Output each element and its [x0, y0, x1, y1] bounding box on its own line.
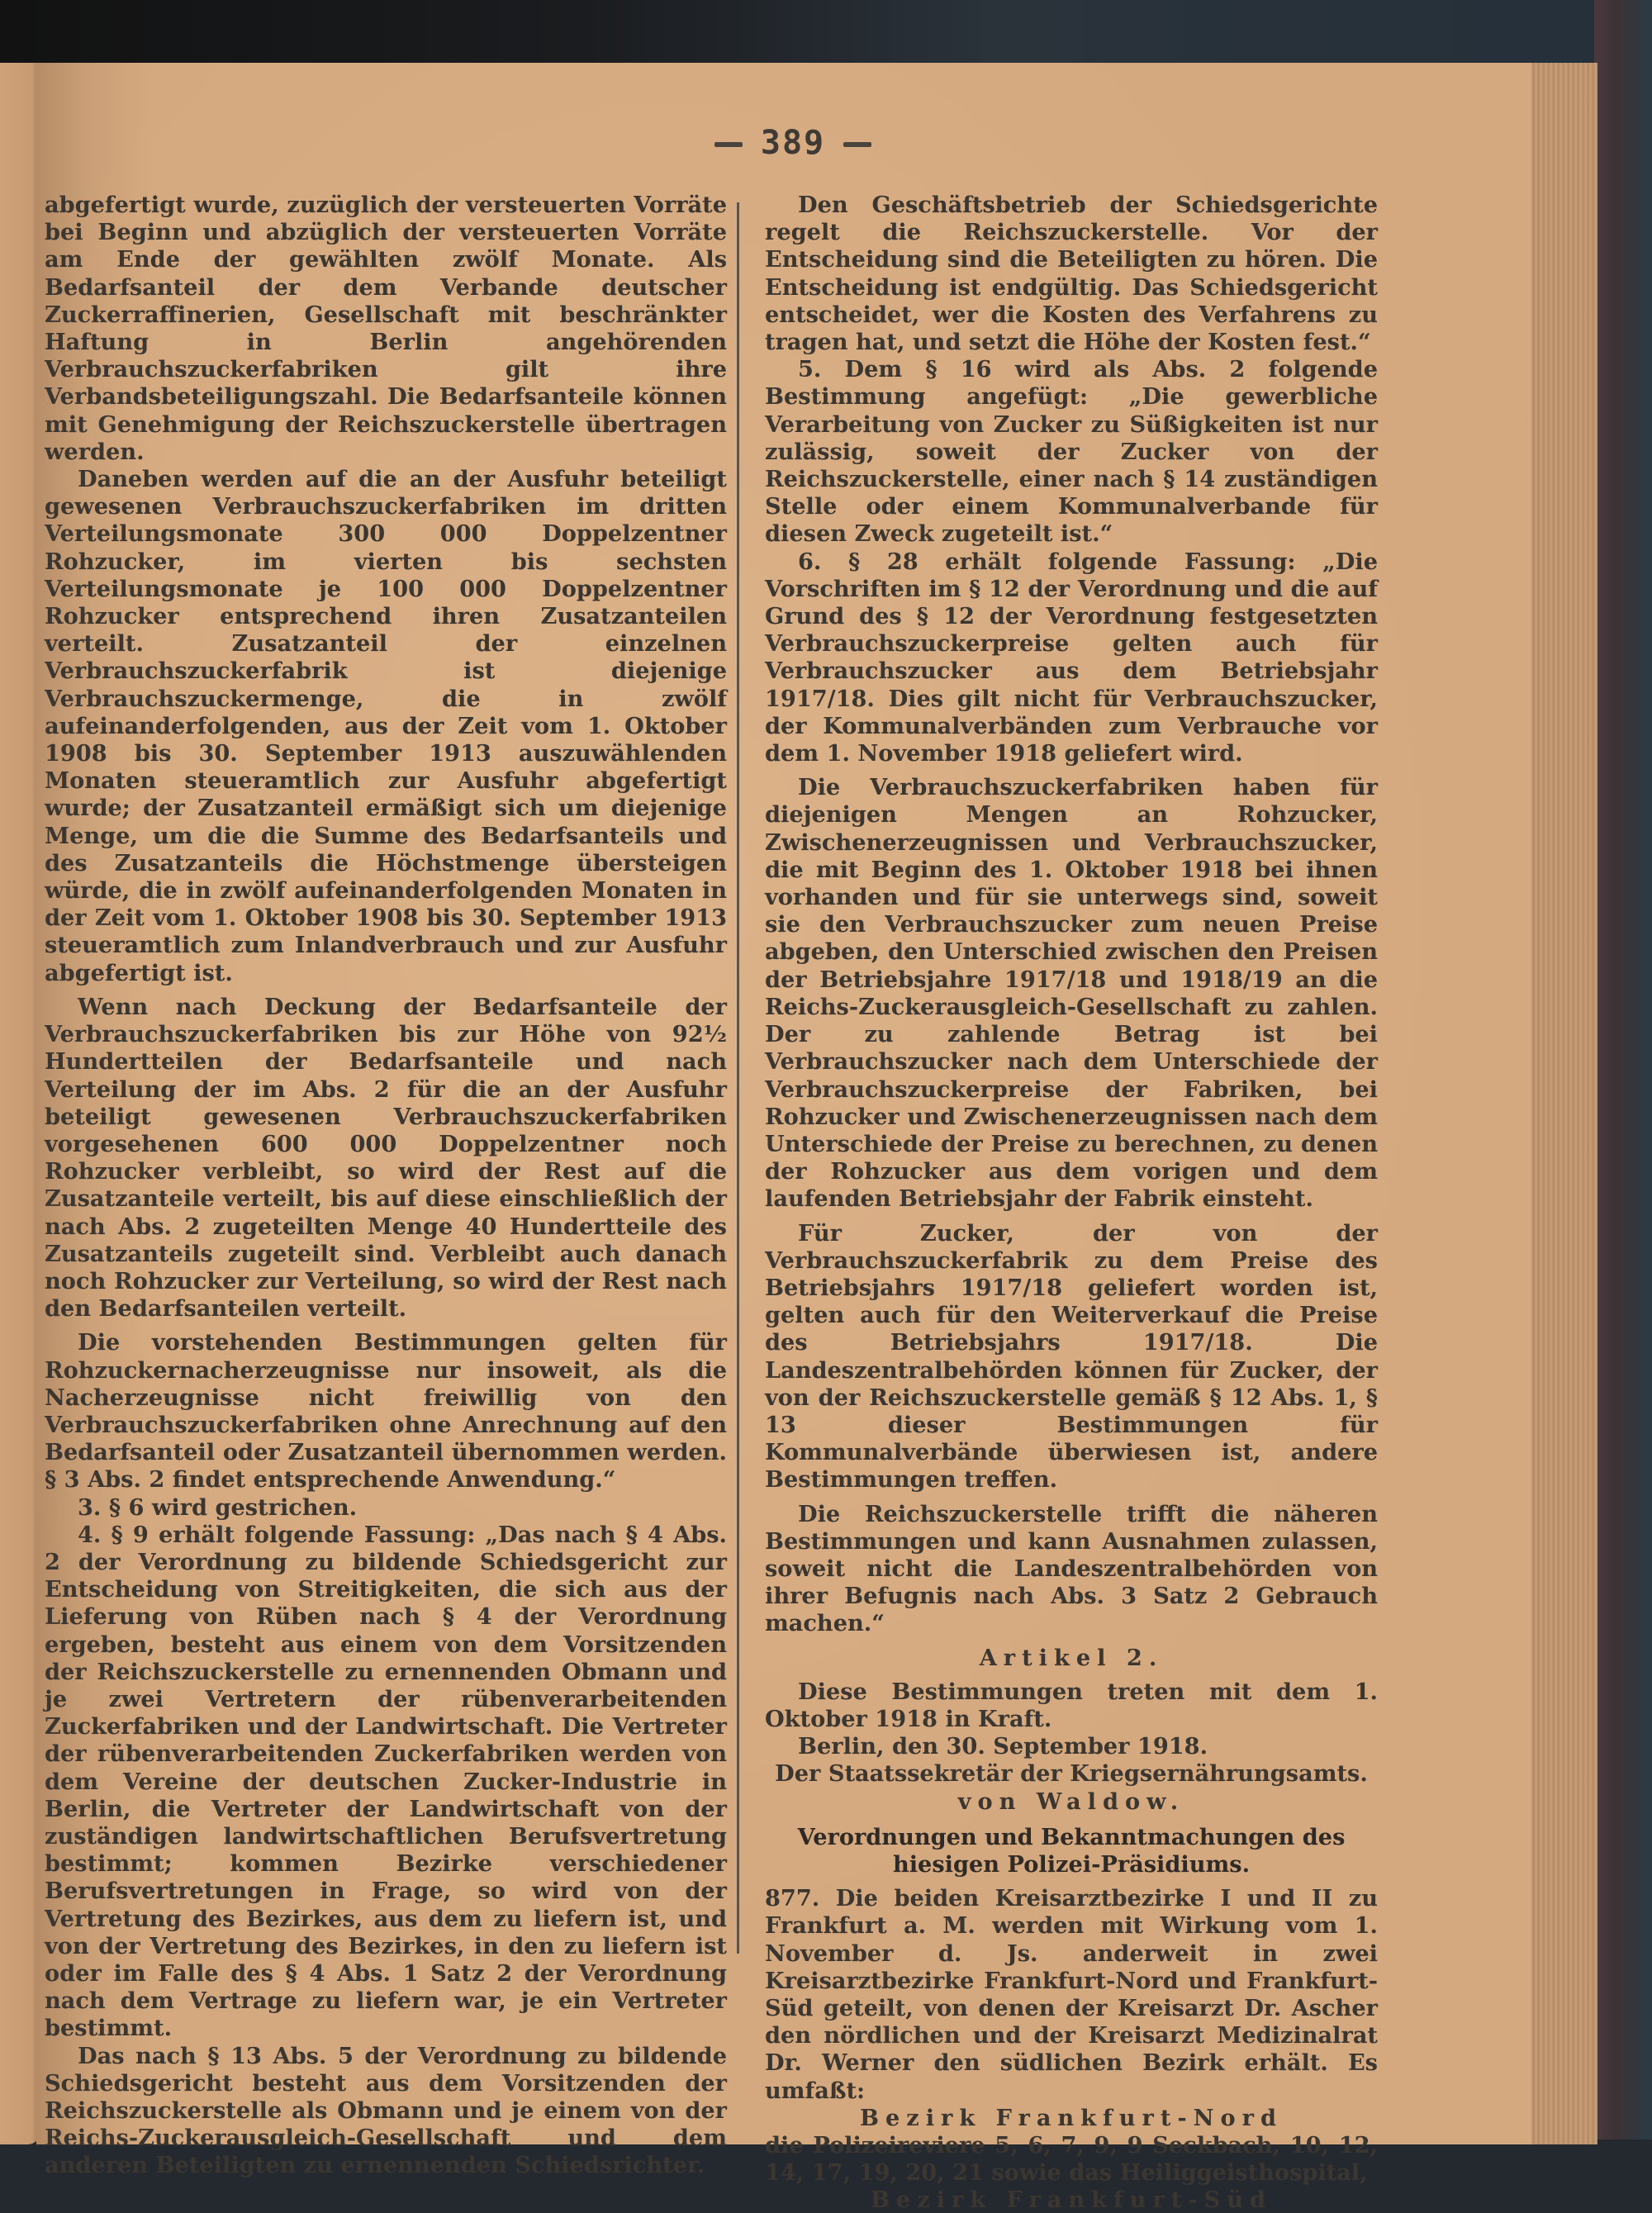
- paragraph: Wenn nach Deckung der Bedarfsanteile der…: [45, 994, 727, 1323]
- header-dash-right: [843, 142, 871, 147]
- place-date: Berlin, den 30. September 1918.: [765, 1733, 1378, 1760]
- book-spine-right: [1594, 0, 1652, 2213]
- column-divider: [737, 202, 739, 1954]
- right-column: Den Geschäftsbetrieb der Schiedsgerichte…: [765, 192, 1378, 2213]
- paragraph: Die Reichszuckerstelle trifft die nähere…: [765, 1501, 1378, 1638]
- previous-page-edge: [0, 63, 40, 2144]
- article-text: Diese Bestimmungen treten mit dem 1. Okt…: [765, 1679, 1378, 1733]
- page-header: 389: [0, 124, 1586, 162]
- district-north-heading: Bezirk Frankfurt-Nord: [765, 2105, 1378, 2132]
- book-cover-top: [0, 0, 1652, 66]
- district-north-text: die Polizeireviere 5, 6, 7, 9, 9 Seckbac…: [765, 2132, 1378, 2187]
- article-heading: Artikel 2.: [765, 1645, 1378, 1672]
- paragraph: Die vorstehenden Bestimmungen gelten für…: [45, 1329, 727, 1494]
- signatory-title: Der Staatssekretär der Kriegsernährungsa…: [765, 1760, 1378, 1788]
- page-stack-edges: [1531, 63, 1597, 2144]
- paragraph: 3. § 6 wird gestrichen.: [45, 1494, 727, 1522]
- section-heading: Verordnungen und Bekanntmachungen des hi…: [765, 1824, 1378, 1878]
- header-dash-left: [714, 142, 743, 147]
- paragraph: 4. § 9 erhält folgende Fassung: „Das nac…: [45, 1522, 727, 2043]
- paragraph: 5. Dem § 16 wird als Abs. 2 folgende Bes…: [765, 356, 1378, 548]
- paragraph: abgefertigt wurde, zuzüglich der versteu…: [45, 192, 727, 466]
- signatory-name: von Waldow.: [765, 1788, 1378, 1816]
- paragraph: Das nach § 13 Abs. 5 der Verordnung zu b…: [45, 2043, 727, 2180]
- paragraph: Für Zucker, der von der Verbrauchszucker…: [765, 1220, 1378, 1494]
- paragraph: Den Geschäftsbetrieb der Schiedsgerichte…: [765, 192, 1378, 356]
- paragraph: Die Verbrauchszuckerfabriken haben für d…: [765, 774, 1378, 1213]
- paragraph: 6. § 28 erhält folgende Fassung: „Die Vo…: [765, 549, 1378, 768]
- paragraph: Daneben werden auf die an der Ausfuhr be…: [45, 466, 727, 987]
- district-south-heading: Bezirk Frankfurt-Süd: [765, 2187, 1378, 2213]
- left-column: abgefertigt wurde, zuzüglich der versteu…: [45, 192, 727, 2180]
- page-number: 389: [761, 124, 825, 162]
- notice-877: 877. Die beiden Kreisarztbezirke I und I…: [765, 1885, 1378, 2105]
